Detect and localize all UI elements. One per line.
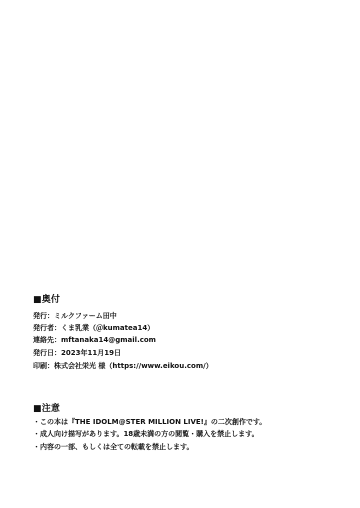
issue-date-line: 発行日：2023年11月19日 xyxy=(33,348,121,358)
publisher-line: 発行：ミルクファーム田中 xyxy=(33,311,117,321)
notice-line-reprint: ・内容の一部、もしくは全ての転載を禁止します。 xyxy=(33,442,193,452)
notice-heading: ■注意 xyxy=(33,401,60,414)
issuer-line: 発行者：くま乳業（＠kumatea14） xyxy=(33,323,154,333)
printer-line: 印刷：株式会社栄光 様（https://www.eikou.com/） xyxy=(33,361,213,371)
colophon-heading: ■奥付 xyxy=(33,292,60,305)
contact-line: 連絡先：mftanaka14@gmail.com xyxy=(33,335,156,345)
notice-line-derivative: ・この本は『THE IDOLM@STER MILLION LIVE!』の二次創作… xyxy=(33,417,266,427)
notice-line-adult: ・成人向け描写があります。18歳未満の方の閲覧・購入を禁止します。 xyxy=(33,429,259,439)
